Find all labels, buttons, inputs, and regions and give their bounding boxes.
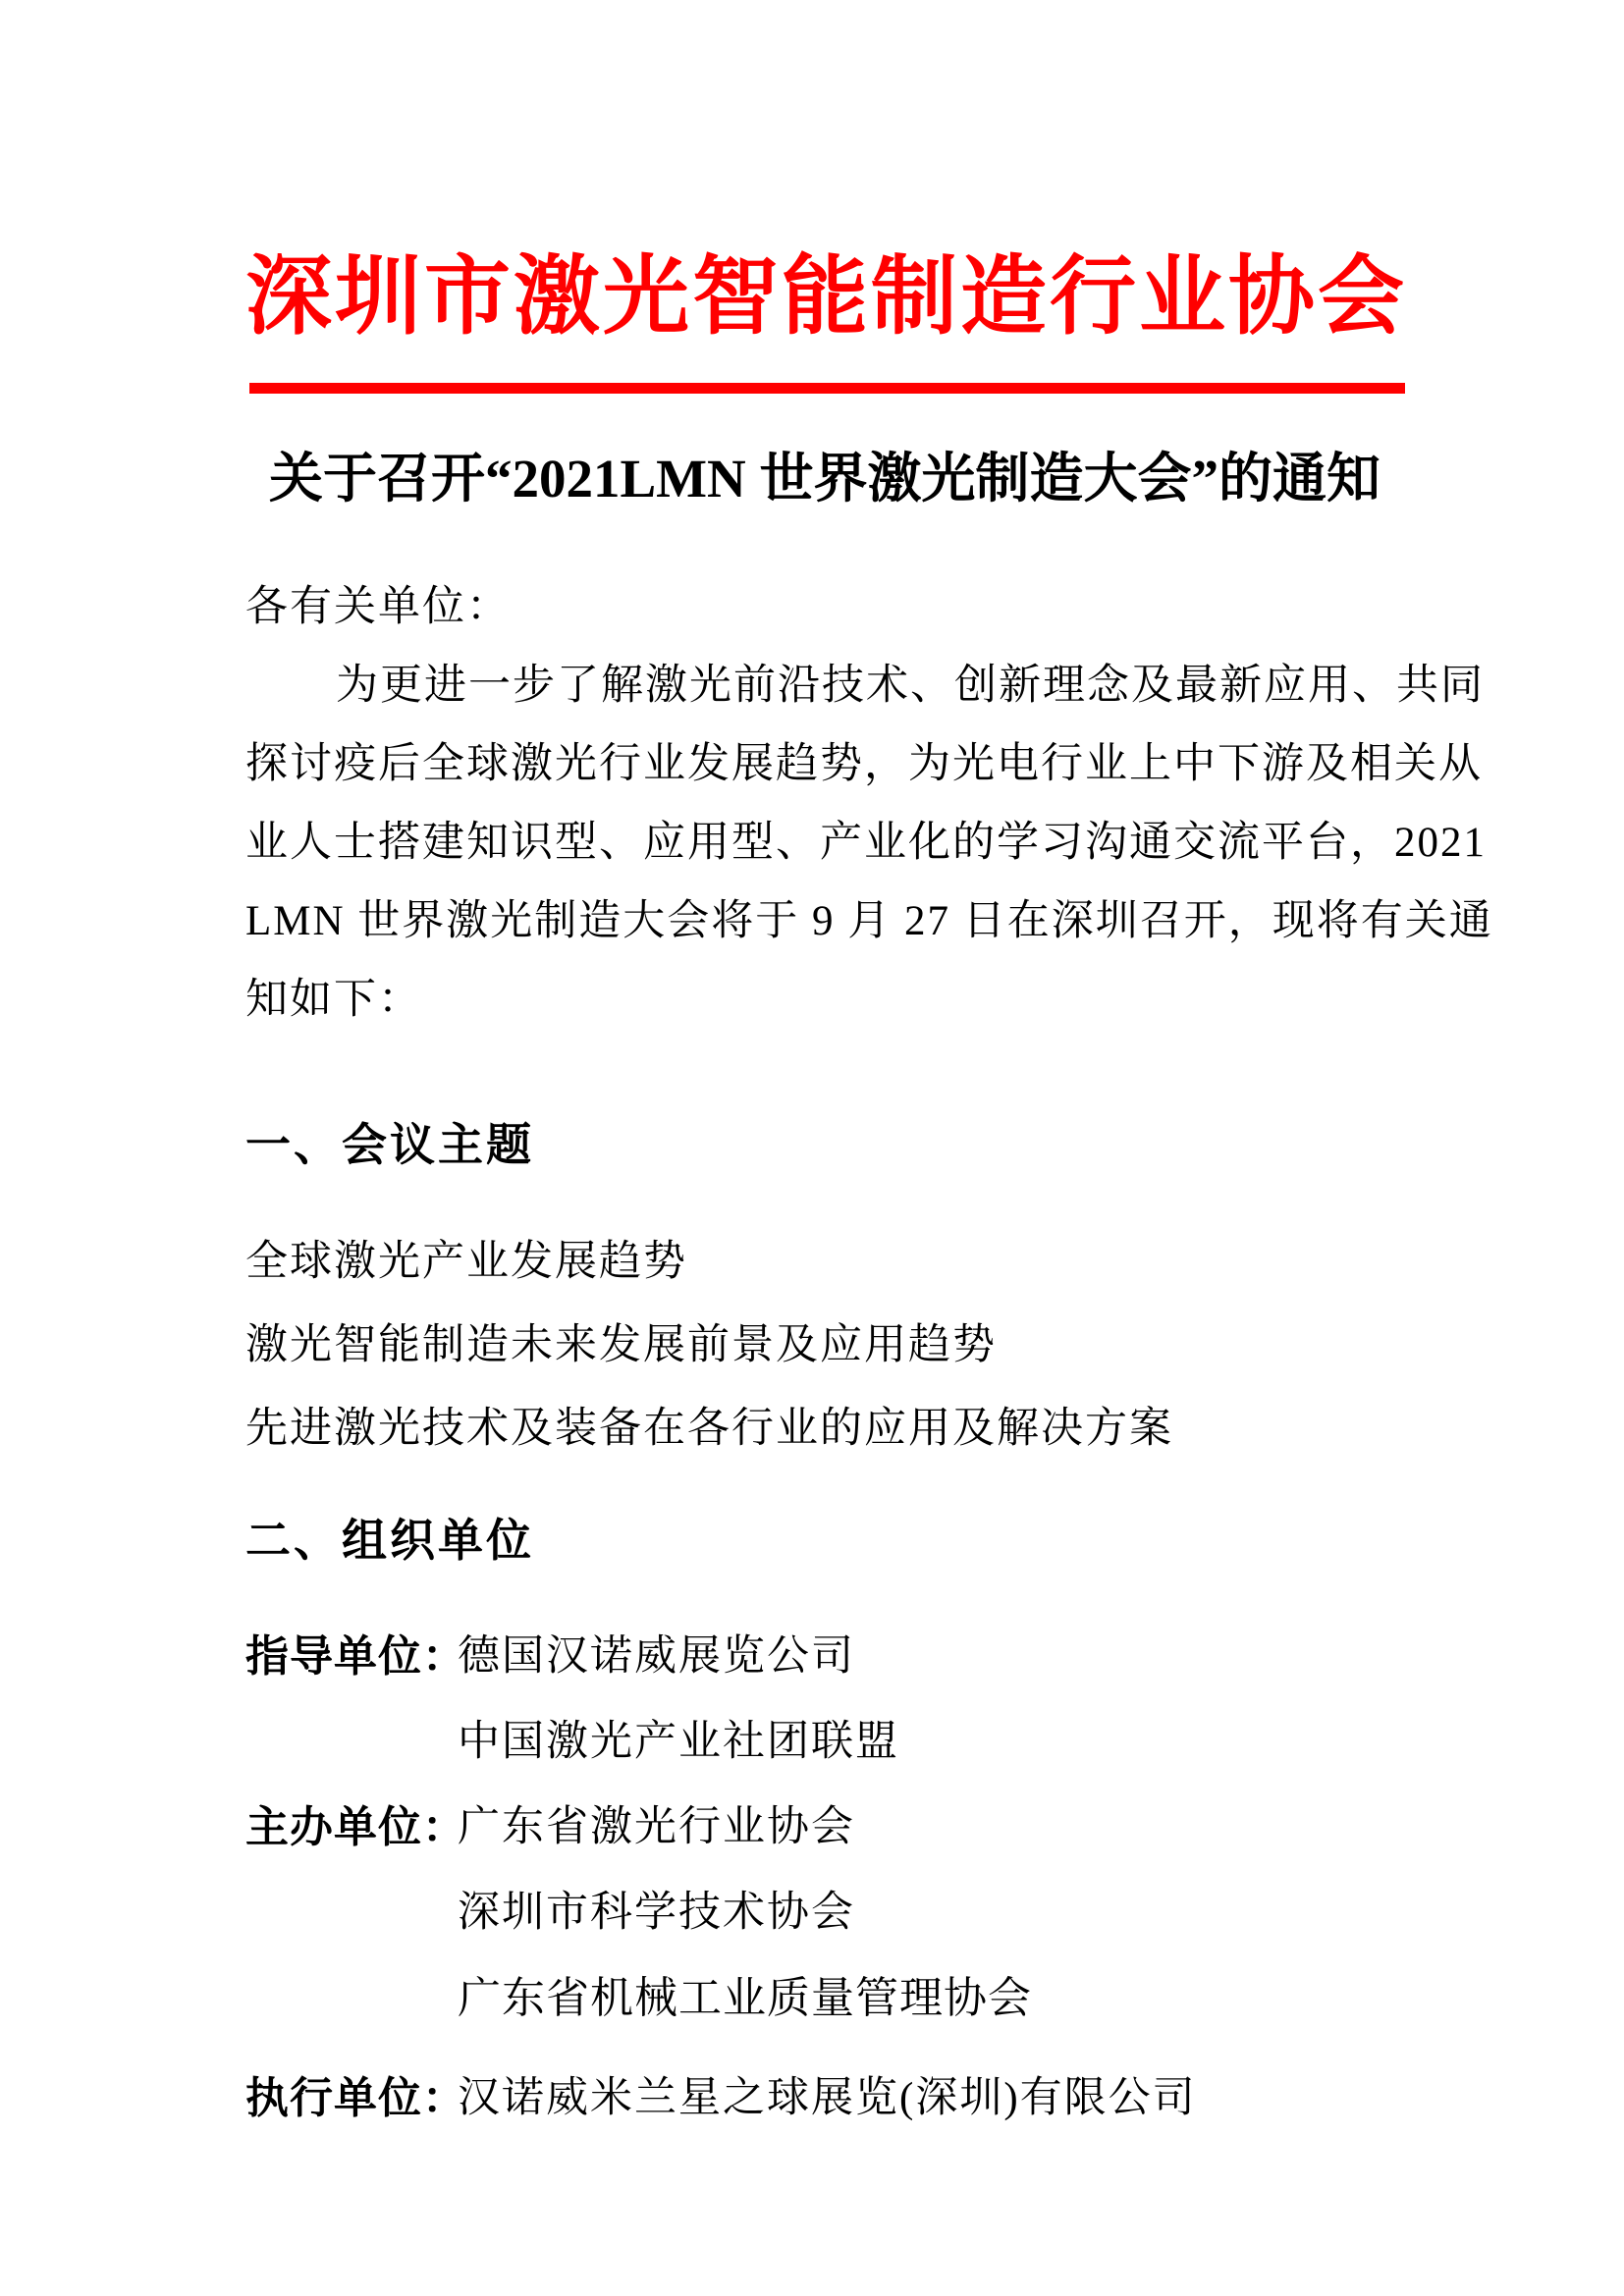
- paragraph-line: 业人士搭建知识型、应用型、产业化的学习沟通交流平台，2021: [245, 804, 1404, 882]
- salutation: 各有关单位：: [245, 568, 1404, 647]
- organizer-name: 汉诺威米兰星之球展览(深圳)有限公司: [458, 2075, 1197, 2121]
- organizer-name: 德国汉诺威展览公司: [458, 1633, 855, 1680]
- organizer-row: 执行单位：汉诺威米兰星之球展览(深圳)有限公司: [245, 2056, 1404, 2141]
- organizer-row: 指导单位：德国汉诺威展览公司: [245, 1614, 1404, 1699]
- section-heading-meeting-topics: 一、会议主题: [245, 1120, 1404, 1169]
- organizer-role-label: 指导单位：: [245, 1614, 458, 1699]
- paragraph-line: 为更进一步了解激光前沿技术、创新理念及最新应用、共同: [245, 647, 1404, 725]
- notice-body-paragraph: 为更进一步了解激光前沿技术、创新理念及最新应用、共同 探讨疫后全球激光行业发展趋…: [245, 647, 1404, 1040]
- association-masthead-title: 深圳市激光智能制造行业协会: [245, 249, 1404, 344]
- organizer-row: 主办单位：广东省激光行业协会: [245, 1785, 1404, 1870]
- organizer-row: 深圳市科学技术协会: [245, 1870, 1404, 1955]
- organizer-row: 广东省机械工业质量管理协会: [245, 1955, 1404, 2042]
- paragraph-line: 探讨疫后全球激光行业发展趋势，为光电行业上中下游及相关从: [245, 725, 1404, 804]
- topic-item: 激光智能制造未来发展前景及应用趋势: [245, 1304, 1404, 1387]
- organizer-name: 广东省激光行业协会: [458, 1804, 855, 1850]
- organizer-row: 中国激光产业社团联盟: [245, 1699, 1404, 1785]
- organizer-name: 深圳市科学技术协会: [458, 1890, 855, 1936]
- notice-title: 关于召开“2021LMN 世界激光制造大会”的通知: [245, 449, 1404, 509]
- document-page: 深圳市激光智能制造行业协会 关于召开“2021LMN 世界激光制造大会”的通知 …: [0, 0, 1624, 2296]
- paragraph-line: LMN 世界激光制造大会将于 9 月 27 日在深圳召开，现将有关通: [245, 882, 1404, 961]
- document-content: 深圳市激光智能制造行业协会 关于召开“2021LMN 世界激光制造大会”的通知 …: [245, 0, 1404, 2141]
- organizer-role-label: 执行单位：: [245, 2056, 458, 2141]
- paragraph-line: 知如下：: [245, 961, 1404, 1040]
- topic-list: 全球激光产业发展趋势 激光智能制造未来发展前景及应用趋势 先进激光技术及装备在各…: [245, 1220, 1404, 1470]
- topic-item: 全球激光产业发展趋势: [245, 1220, 1404, 1304]
- organizer-list: 指导单位：德国汉诺威展览公司 中国激光产业社团联盟 主办单位：广东省激光行业协会…: [245, 1614, 1404, 2141]
- organizer-name: 广东省机械工业质量管理协会: [458, 1973, 1032, 2023]
- organizer-name: 中国激光产业社团联盟: [458, 1719, 899, 1765]
- topic-item: 先进激光技术及装备在各行业的应用及解决方案: [245, 1387, 1404, 1470]
- masthead-divider-rule: [249, 383, 1405, 394]
- organizer-role-label: 主办单位：: [245, 1785, 458, 1870]
- section-heading-organizers: 二、组织单位: [245, 1516, 1404, 1565]
